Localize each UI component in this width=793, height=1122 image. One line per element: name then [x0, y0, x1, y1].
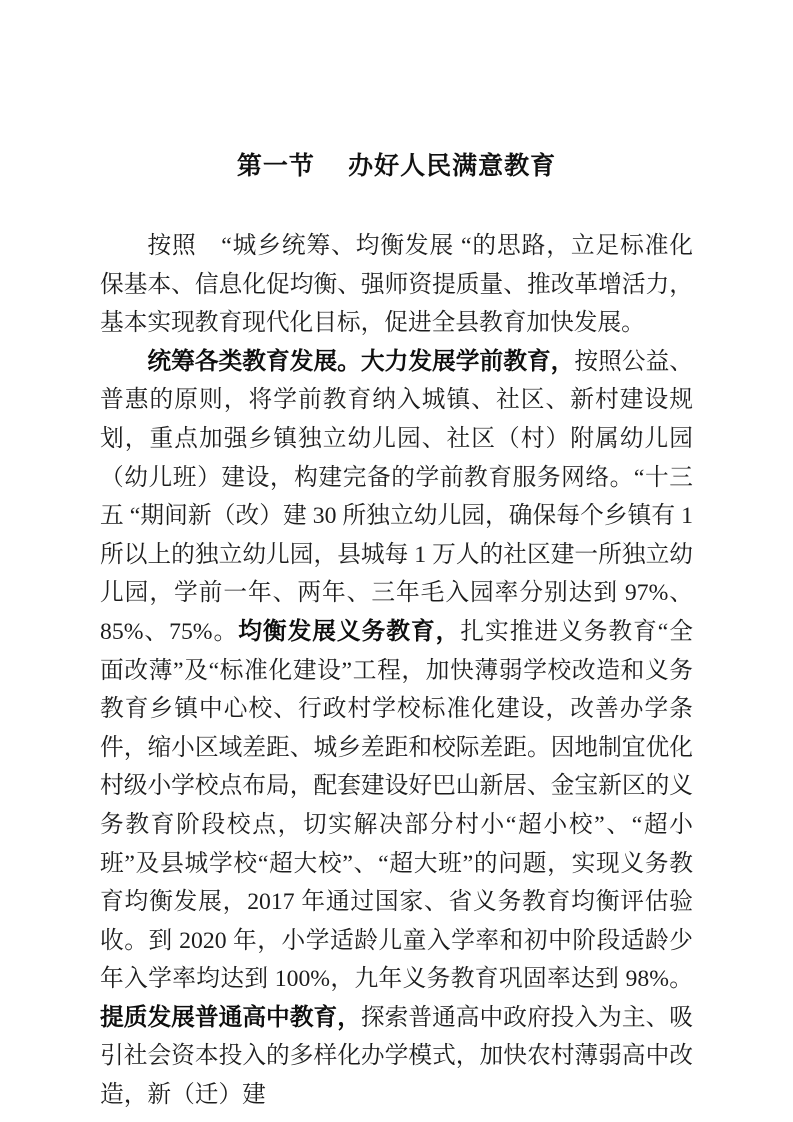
section-title: 第一节 办好人民满意教育: [100, 146, 693, 182]
paragraphs-container: 按照 “城乡统筹、均衡发展 “的思路，立足标准化保基本、信息化促均衡、强师资提质…: [100, 227, 693, 1115]
paragraph: 按照 “城乡统筹、均衡发展 “的思路，立足标准化保基本、信息化促均衡、强师资提质…: [100, 227, 693, 343]
text-content: 第一节 办好人民满意教育 按照 “城乡统筹、均衡发展 “的思路，立足标准化保基本…: [100, 146, 693, 1115]
bold-run: 统筹各类教育发展。大力发展学前教育，: [147, 349, 574, 375]
text-run: 按照公益、普惠的原则，将学前教育纳入城镇、社区、新村建设规划，重点加强乡镇独立幼…: [100, 349, 693, 645]
paragraph: 统筹各类教育发展。大力发展学前教育，按照公益、普惠的原则，将学前教育纳入城镇、社…: [100, 343, 693, 1115]
text-run: 扎实推进义务教育“全面改薄”及“标准化建设”工程，加快薄弱学校改造和义务教育乡镇…: [100, 619, 693, 992]
text-run: 按照 “城乡统筹、均衡发展 “的思路，立足标准化保基本、信息化促均衡、强师资提质…: [100, 233, 693, 336]
bold-run: 提质发展普通高中教育，: [100, 1005, 361, 1031]
bold-run: 均衡发展义务教育，: [238, 619, 460, 645]
document-page: 第一节 办好人民满意教育 按照 “城乡统筹、均衡发展 “的思路，立足标准化保基本…: [0, 0, 793, 1122]
